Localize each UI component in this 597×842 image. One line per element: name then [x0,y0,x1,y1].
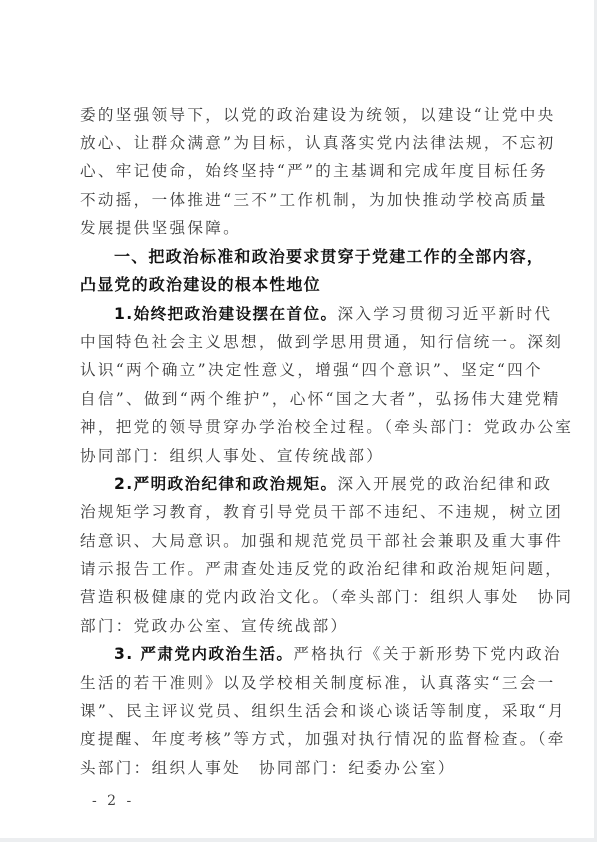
item-2-first-line: 2.严明政治纪律和政治规矩。深入开展党的政治纪律和政 [114,470,520,498]
item-title: 1.始终把政治建设摆在首位。 [114,305,338,323]
item-text: 严格执行《关于新形势下党内政治 [293,645,561,663]
body-text-line: 营造积极健康的党内政治文化。（牵头部门：组织人事处 协同 [80,583,520,611]
section-heading-cont: 凸显党的政治建设的根本性地位 [80,271,520,299]
body-text-line: 请示报告工作。严肃查处违反党的政治纪律和政治规矩问题， [80,555,520,583]
item-text: 深入学习贯彻习近平新时代 [338,305,553,323]
body-text-line: 神，把党的领导贯穿办学治校全过程。（牵头部门：党政办公室 [80,413,520,441]
body-text-line: 部门：党政办公室、宣传统战部） [80,612,520,640]
body-text-line: 发展提供坚强保障。 [80,214,520,242]
body-text-line: 生活的若干准则》以及学校相关制度标准，认真落实“三会一 [80,669,520,697]
item-title: 3. 严肃党内政治生活。 [114,645,293,663]
body-text-line: 度提醒、年度考核”等方式，加强对执行情况的监督检查。（牵 [80,725,520,753]
body-text-line: 课”、民主评议党员、组织生活会和谈心谈话等制度，采取“月 [80,697,520,725]
body-text-line: 委的坚强领导下，以党的政治建设为统领，以建设“让党中央 [80,101,520,129]
page-number: - 2 - [92,793,134,809]
item-text: 深入开展党的政治纪律和政 [338,475,553,493]
body-text-line: 心、牢记使命，始终坚持“严”的主基调和完成年度目标任务 [80,157,520,185]
document-page: 委的坚强领导下，以党的政治建设为统领，以建设“让党中央 放心、让群众满意”为目标… [0,0,594,838]
body-text-line: 认识“两个确立”决定性意义，增强“四个意识”、坚定“四个 [80,356,520,384]
body-text-line: 自信”、做到“两个维护”，心怀“国之大者”，弘扬伟大建党精 [80,385,520,413]
body-text-line: 治规矩学习教育，教育引导党员干部不违纪、不违规，树立团 [80,498,520,526]
body-text-line: 不动摇，一体推进“三不”工作机制，为加快推动学校高质量 [80,186,520,214]
item-1-first-line: 1.始终把政治建设摆在首位。深入学习贯彻习近平新时代 [114,300,520,328]
body-text-line: 中国特色社会主义思想，做到学思用贯通，知行信统一。深刻 [80,328,520,356]
item-3-first-line: 3. 严肃党内政治生活。严格执行《关于新形势下党内政治 [114,640,520,668]
body-text-line: 协同部门：组织人事处、宣传统战部） [80,442,520,470]
item-title: 2.严明政治纪律和政治规矩。 [114,475,338,493]
body-text-line: 放心、让群众满意”为目标，认真落实党内法律法规，不忘初 [80,129,520,157]
body-text-line: 头部门：组织人事处 协同部门：纪委办公室） [80,754,520,782]
section-heading: 一、把政治标准和政治要求贯穿于党建工作的全部内容， [114,243,520,271]
body-text-line: 结意识、大局意识。加强和规范党员干部社会兼职及重大事件 [80,527,520,555]
